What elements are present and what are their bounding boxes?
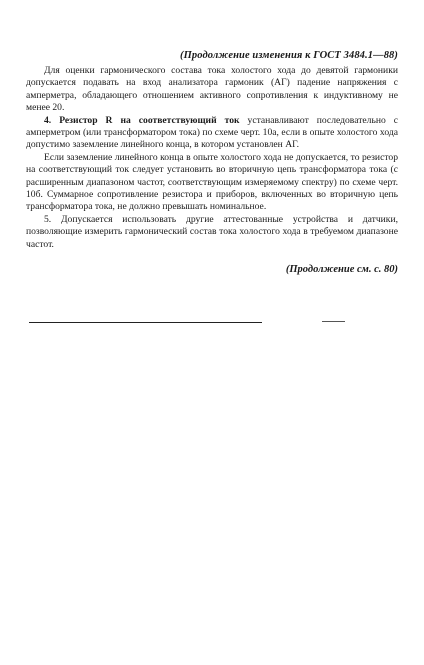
paragraph-item-5: 5. Допускается использовать другие аттес… [26,214,398,251]
paragraph-grounding: Если заземление линейного конца в опыте … [26,152,398,214]
paragraph-harmonic-analysis: Для оценки гармонического состава тока х… [26,65,398,115]
divider-line [29,322,262,323]
item-4-lead: 4. Резистор R на соответствующий ток [44,115,240,126]
document-page: (Продолжение изменения к ГОСТ 3484.1—88)… [0,0,424,665]
continuation-footer: (Продолжение см. с. 80) [286,264,398,275]
document-body: Для оценки гармонического состава тока х… [26,65,398,251]
paragraph-item-4: 4. Резистор R на соответствующий ток уст… [26,115,398,152]
divider-short-line [322,321,345,322]
continuation-header: (Продолжение изменения к ГОСТ 3484.1—88) [180,50,398,61]
